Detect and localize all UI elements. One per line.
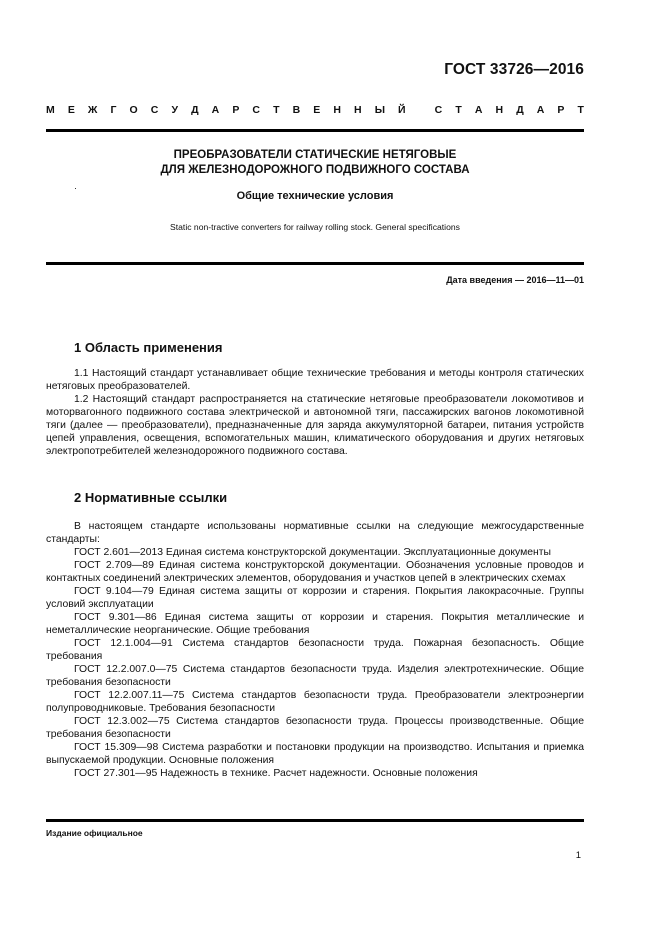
heading-letter: В: [293, 104, 301, 116]
reference-item: ГОСТ 9.104—79 Единая система защиты от к…: [46, 585, 584, 611]
heading-letter: Т: [578, 104, 584, 116]
official-edition-label: Издание официальное: [46, 828, 143, 838]
heading-letter: Н: [333, 104, 341, 116]
heading-letter: Д: [516, 104, 523, 116]
heading-letter: А: [475, 104, 483, 116]
heading-letter: Е: [68, 104, 75, 116]
heading-letter: О: [130, 104, 138, 116]
document-subtitle: Общие технические условия: [46, 190, 584, 202]
reference-item: ГОСТ 12.3.002—75 Система стандартов безо…: [46, 715, 584, 741]
heading-letter: Г: [111, 104, 117, 116]
header-divider: [46, 129, 584, 132]
heading-letter: Й: [398, 104, 406, 116]
reference-item: ГОСТ 12.2.007.11—75 Система стандартов б…: [46, 689, 584, 715]
reference-item: ГОСТ 2.601—2013 Единая система конструкт…: [46, 546, 584, 559]
heading-letter: Ж: [88, 104, 98, 116]
section-2-heading: 2 Нормативные ссылки: [74, 490, 227, 505]
title-line-1: ПРЕОБРАЗОВАТЕЛИ СТАТИЧЕСКИЕ НЕТЯГОВЫЕ: [46, 148, 584, 163]
heading-letter: Т: [273, 104, 279, 116]
heading-letter: Д: [191, 104, 198, 116]
paragraph: В настоящем стандарте использованы норма…: [46, 520, 584, 546]
reference-item: ГОСТ 2.709—89 Единая система конструктор…: [46, 559, 584, 585]
heading-letter: А: [212, 104, 220, 116]
paragraph: 1.1 Настоящий стандарт устанавливает общ…: [46, 367, 584, 393]
reference-item: ГОСТ 12.1.004—91 Система стандартов безо…: [46, 637, 584, 663]
section-1-heading: 1 Область применения: [74, 340, 223, 355]
english-title: Static non-tractive converters for railw…: [46, 222, 584, 232]
heading-letter: [419, 104, 422, 116]
title-divider: [46, 262, 584, 265]
heading-letter: Н: [354, 104, 362, 116]
reference-item: ГОСТ 27.301—95 Надежность в технике. Рас…: [46, 767, 584, 780]
heading-letter: М: [46, 104, 55, 116]
reference-item: ГОСТ 15.309—98 Система разработки и пост…: [46, 741, 584, 767]
document-title: ПРЕОБРАЗОВАТЕЛИ СТАТИЧЕСКИЕ НЕТЯГОВЫЕ ДЛ…: [46, 148, 584, 178]
title-line-2: ДЛЯ ЖЕЛЕЗНОДОРОЖНОГО ПОДВИЖНОГО СОСТАВА: [46, 163, 584, 178]
heading-letter: У: [171, 104, 178, 116]
heading-letter: С: [435, 104, 443, 116]
heading-letter: Ы: [375, 104, 385, 116]
reference-item: ГОСТ 9.301—86 Единая система защиты от к…: [46, 611, 584, 637]
interstate-standard-heading: МЕЖГОСУДАРСТВЕННЫЙ СТАНДАРТ: [46, 104, 584, 116]
document-number: ГОСТ 33726—2016: [444, 61, 584, 79]
page-number: 1: [576, 850, 581, 861]
heading-letter: Т: [455, 104, 461, 116]
heading-letter: С: [151, 104, 159, 116]
heading-letter: Е: [313, 104, 320, 116]
paragraph: 1.2 Настоящий стандарт распространяется …: [46, 393, 584, 458]
footer-divider: [46, 819, 584, 822]
heading-letter: Р: [232, 104, 239, 116]
decorative-dot: [75, 188, 76, 189]
introduction-date: Дата введения — 2016—11—01: [446, 275, 584, 285]
heading-letter: А: [537, 104, 545, 116]
section-1-body: 1.1 Настоящий стандарт устанавливает общ…: [46, 367, 584, 458]
heading-letter: Н: [496, 104, 504, 116]
section-2-body: В настоящем стандарте использованы норма…: [46, 520, 584, 780]
heading-letter: Р: [557, 104, 564, 116]
reference-item: ГОСТ 12.2.007.0—75 Система стандартов бе…: [46, 663, 584, 689]
heading-letter: С: [252, 104, 260, 116]
